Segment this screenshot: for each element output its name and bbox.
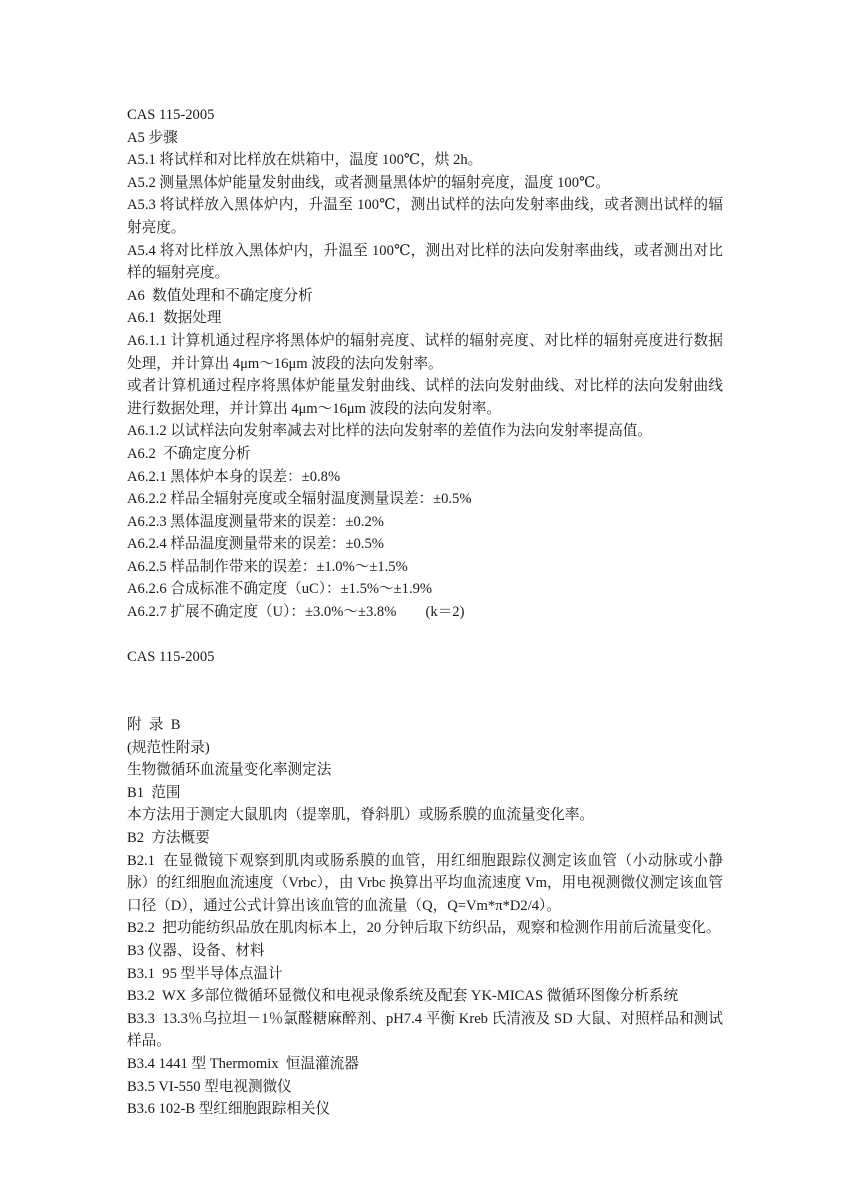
a62-item: A6.2.7 扩展不确定度（U）：±3.0%～±3.8% (k＝2) [127,601,723,624]
b3-item: B3.1 95 型半导体点温计 [127,963,723,986]
a5-item: A5.2 测量黑体炉能量发射曲线，或者测量黑体炉的辐射亮度，温度 100℃。 [127,172,723,195]
document-code-header: CAS 115-2005 [127,646,723,669]
section-a61-title: A6.1 数据处理 [127,307,723,330]
a62-item: A6.2.1 黑体炉本身的误差：±0.8% [127,466,723,489]
a5-item: A5.3 将试样放入黑体炉内，升温至 100℃，测出试样的法向发射率曲线，或者测… [127,194,723,239]
a62-item: A6.2.4 样品温度测量带来的误差：±0.5% [127,533,723,556]
document-page: CAS 115-2005 A5 步骤 A5.1 将试样和对比样放在烘箱中，温度 … [127,104,723,1121]
a61-item: A6.1.2 以试样法向发射率减去对比样的法向发射率的差值作为法向发射率提高值。 [127,420,723,443]
section-b3-title: B3 仪器、设备、材料 [127,940,723,963]
a5-item: A5.4 将对比样放入黑体炉内，升温至 100℃，测出对比样的法向发射率曲线，或… [127,240,723,285]
spacer [127,669,723,714]
section-b2-title: B2 方法概要 [127,827,723,850]
spacer [127,624,723,647]
section-a5-title: A5 步骤 [127,127,723,150]
section-a6-title: A6 数值处理和不确定度分析 [127,285,723,308]
section-a62-title: A6.2 不确定度分析 [127,443,723,466]
a61-item: 或者计算机通过程序将黑体炉能量发射曲线、试样的法向发射曲线、对比样的法向发射曲线… [127,375,723,420]
section-b1-title: B1 范围 [127,782,723,805]
document-code-header: CAS 115-2005 [127,104,723,127]
a62-item: A6.2.5 样品制作带来的误差：±1.0%～±1.5% [127,556,723,579]
a62-item: A6.2.3 黑体温度测量带来的误差：±0.2% [127,511,723,534]
b1-text: 本方法用于测定大鼠肌肉（提睾肌，脊斜肌）或肠系膜的血流量变化率。 [127,804,723,827]
a5-item: A5.1 将试样和对比样放在烘箱中，温度 100℃，烘 2h。 [127,149,723,172]
b3-item: B3.3 13.3％乌拉坦－1％氯醛糖麻醉剂、pH7.4 平衡 Kreb 氏清液… [127,1008,723,1053]
a62-item: A6.2.2 样品全辐射亮度或全辐射温度测量误差：±0.5% [127,488,723,511]
b3-item: B3.6 102-B 型红细胞跟踪相关仪 [127,1098,723,1121]
appendix-label: 附 录 B [127,714,723,737]
b3-item: B3.4 1441 型 Thermomix 恒温灌流器 [127,1053,723,1076]
b3-item: B3.5 VI-550 型电视测微仪 [127,1076,723,1099]
a61-item: A6.1.1 计算机通过程序将黑体炉的辐射亮度、试样的辐射亮度、对比样的辐射亮度… [127,330,723,375]
b2-item: B2.2 把功能纺织品放在肌肉标本上，20 分钟后取下纺织品，观察和检测作用前后… [127,917,723,940]
a62-item: A6.2.6 合成标准不确定度（uC）：±1.5%～±1.9% [127,578,723,601]
b2-item: B2.1 在显微镜下观察到肌肉或肠系膜的血管，用红细胞跟踪仪测定该血管（小动脉或… [127,850,723,918]
appendix-type: (规范性附录) [127,737,723,760]
b3-item: B3.2 WX 多部位微循环显微仪和电视录像系统及配套 YK-MICAS 微循环… [127,985,723,1008]
appendix-title: 生物微循环血流量变化率测定法 [127,759,723,782]
